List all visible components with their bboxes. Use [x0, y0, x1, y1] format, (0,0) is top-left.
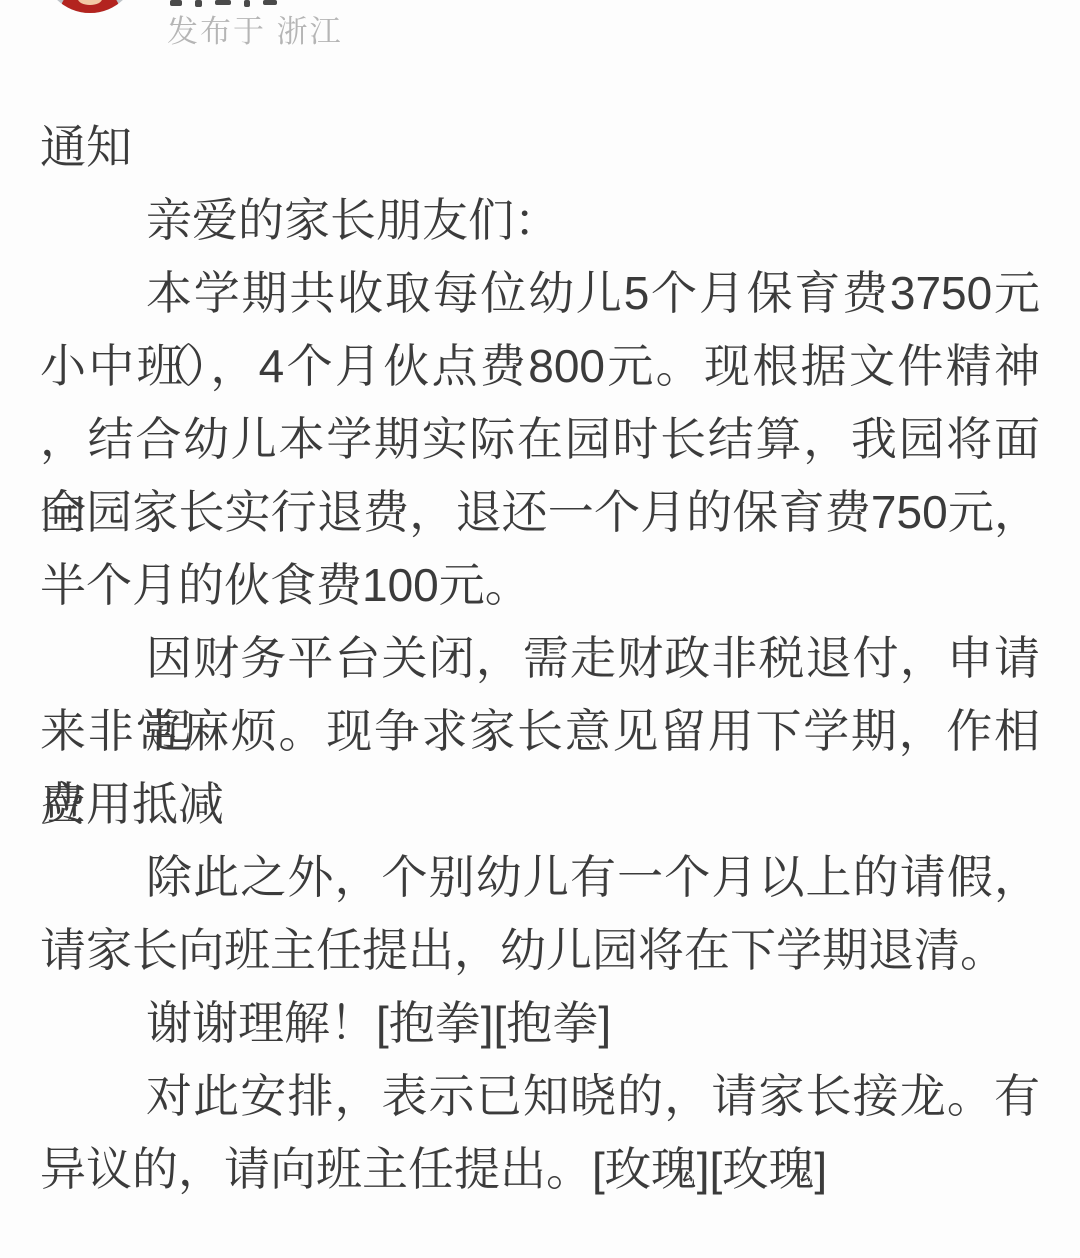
cutoff-glyph-fragment: [195, 0, 202, 7]
avatar-image: [42, 0, 138, 13]
body-line: 半个月的伙食费100元。: [40, 549, 1040, 622]
username-text-cutoff: [170, 0, 277, 8]
post-title: 通知: [40, 111, 1040, 184]
body-line: 请家长向班主任提出，幼儿园将在下学期退清。: [40, 914, 1040, 987]
cutoff-glyph-fragment: [244, 0, 250, 7]
body-line: 对此安排，表示已知晓的，请家长接龙。有: [40, 1060, 1040, 1133]
post-screenshot: 发布于 浙江 通知 亲爱的家长朋友们：本学期共收取每位幼儿5个月保育费3750元…: [0, 0, 1080, 1206]
post-location-label: 发布于 浙江: [167, 14, 343, 50]
cutoff-glyph-fragment: [263, 0, 277, 5]
post-paragraphs: 亲爱的家长朋友们：本学期共收取每位幼儿5个月保育费3750元（小中班），4个月伙…: [40, 184, 1040, 1206]
body-line: 谢谢理解！[抱拳][抱拳]: [40, 987, 1040, 1060]
body-line: 全园家长实行退费，退还一个月的保育费750元，: [40, 476, 1040, 549]
avatar[interactable]: [42, 0, 172, 16]
body-line: ，结合幼儿本学期实际在园时长结算，我园将面向: [40, 403, 1040, 476]
body-line: 本学期共收取每位幼儿5个月保育费3750元（: [40, 257, 1040, 330]
body-line: 来非常麻烦。现争求家长意见留用下学期，作相应: [40, 695, 1040, 768]
body-line: 费用抵减: [40, 768, 1040, 841]
body-line: 小中班），4个月伙点费800元。现根据文件精神: [40, 330, 1040, 403]
body-line: 除此之外，个别幼儿有一个月以上的请假，: [40, 841, 1040, 914]
cutoff-glyph-fragment: [170, 0, 182, 6]
body-line: 亲爱的家长朋友们：: [40, 184, 1040, 257]
body-line: 异议的，请向班主任提出。[玫瑰][玫瑰]: [40, 1133, 1040, 1206]
post-body: 通知 亲爱的家长朋友们：本学期共收取每位幼儿5个月保育费3750元（小中班），4…: [40, 111, 1040, 1206]
body-line: 因财务平台关闭，需走财政非税退付，申请起: [40, 622, 1040, 695]
cutoff-glyph-fragment: [215, 0, 231, 5]
post-header: 发布于 浙江: [0, 0, 1080, 50]
